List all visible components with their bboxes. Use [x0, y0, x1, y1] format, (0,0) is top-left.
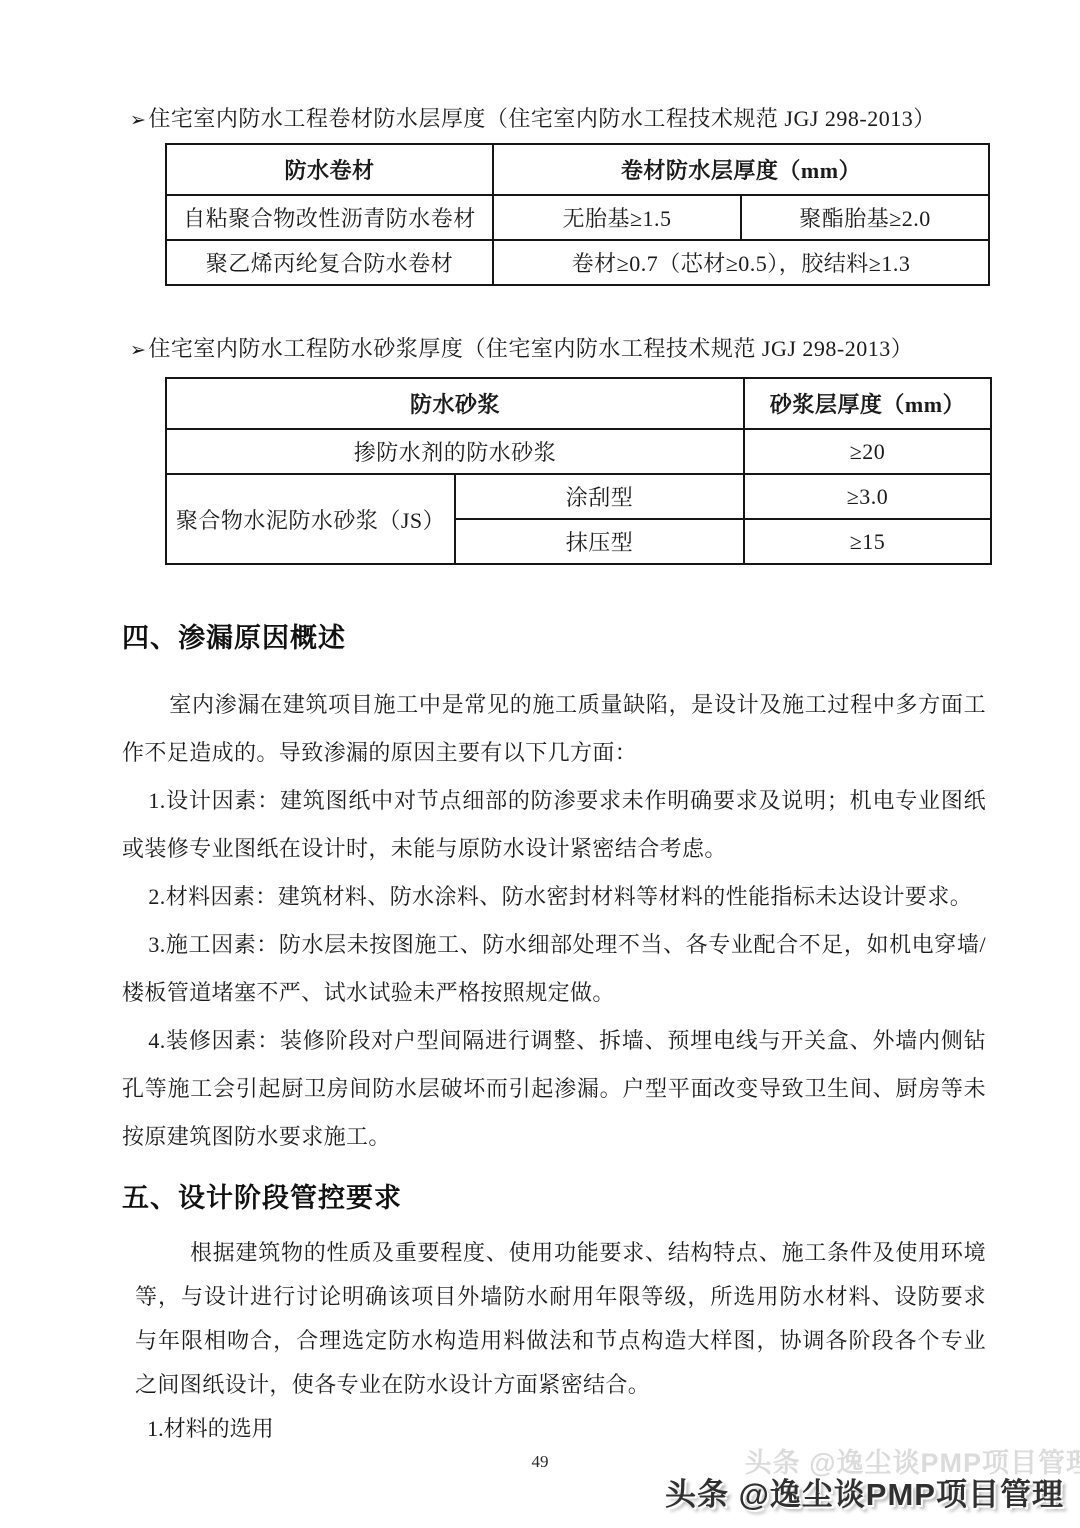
table-header-cell: 砂浆层厚度（mm）	[744, 378, 991, 429]
membrane-table: 防水卷材 卷材防水层厚度（mm） 自粘聚合物改性沥青防水卷材 无胎基≥1.5 聚…	[165, 143, 990, 286]
table-cell: 聚乙烯丙纶复合防水卷材	[166, 240, 493, 285]
table-cell: 卷材≥0.7（芯材≥0.5），胶结料≥1.3	[493, 240, 989, 285]
table-row: 防水卷材 卷材防水层厚度（mm）	[166, 144, 989, 195]
table-header-cell: 卷材防水层厚度（mm）	[493, 144, 989, 195]
table-row: 聚乙烯丙纶复合防水卷材 卷材≥0.7（芯材≥0.5），胶结料≥1.3	[166, 240, 989, 285]
watermark: 头条 @逸尘谈PMP项目管理	[665, 1469, 1064, 1514]
table-header-cell: 防水卷材	[166, 144, 493, 195]
section-5-body: 根据建筑物的性质及重要程度、使用功能要求、结构特点、施工条件及使用环境等，与设计…	[135, 1231, 986, 1451]
section-5-heading: 五、设计阶段管控要求	[122, 1179, 988, 1217]
mortar-heading-text: 住宅室内防水工程防水砂浆厚度（住宅室内防水工程技术规范 JGJ 298-2013…	[148, 336, 913, 361]
list-item-material-factor: 2.材料因素：建筑材料、防水涂料、防水密封材料等材料的性能指标未达设计要求。	[122, 873, 986, 921]
list-item-decoration-factor: 4.装修因素：装修阶段对户型间隔进行调整、拆墙、预埋电线与开关盒、外墙内侧钻孔等…	[122, 1017, 986, 1161]
table-row: 防水砂浆 砂浆层厚度（mm）	[166, 378, 991, 429]
section-5-paragraph: 根据建筑物的性质及重要程度、使用功能要求、结构特点、施工条件及使用环境等，与设计…	[135, 1231, 986, 1407]
page-content: ➢住宅室内防水工程卷材防水层厚度（住宅室内防水工程技术规范 JGJ 298-20…	[122, 102, 988, 1451]
table-cell: ≥15	[744, 519, 991, 564]
arrow-bullet-icon: ➢	[130, 109, 146, 131]
table-cell: 自粘聚合物改性沥青防水卷材	[166, 195, 493, 240]
table-cell: 掺防水剂的防水砂浆	[166, 429, 744, 474]
table-header-cell: 防水砂浆	[166, 378, 744, 429]
mortar-table: 防水砂浆 砂浆层厚度（mm） 掺防水剂的防水砂浆 ≥20 聚合物水泥防水砂浆（J…	[165, 377, 992, 565]
table-cell: ≥3.0	[744, 474, 991, 519]
table-cell: 涂刮型	[455, 474, 744, 519]
table-cell: 聚酯胎基≥2.0	[741, 195, 989, 240]
table-row: 掺防水剂的防水砂浆 ≥20	[166, 429, 991, 474]
table-row: 自粘聚合物改性沥青防水卷材 无胎基≥1.5 聚酯胎基≥2.0	[166, 195, 989, 240]
arrow-bullet-icon: ➢	[130, 339, 146, 361]
mortar-table-heading: ➢住宅室内防水工程防水砂浆厚度（住宅室内防水工程技术规范 JGJ 298-201…	[130, 332, 988, 367]
table-cell: 聚合物水泥防水砂浆（JS）	[166, 474, 455, 564]
table-row: 聚合物水泥防水砂浆（JS） 涂刮型 ≥3.0	[166, 474, 991, 519]
list-item-design-factor: 1.设计因素：建筑图纸中对节点细部的防渗要求未作明确要求及说明；机电专业图纸或装…	[122, 777, 986, 873]
section-4-heading: 四、渗漏原因概述	[122, 619, 988, 657]
section-4-intro: 室内渗漏在建筑项目施工中是常见的施工质量缺陷，是设计及施工过程中多方面工作不足造…	[122, 681, 986, 777]
table-cell: ≥20	[744, 429, 991, 474]
table-cell: 无胎基≥1.5	[493, 195, 741, 240]
list-item-construction-factor: 3.施工因素：防水层未按图施工、防水细部处理不当、各专业配合不足，如机电穿墙/楼…	[122, 921, 986, 1017]
membrane-heading-text: 住宅室内防水工程卷材防水层厚度（住宅室内防水工程技术规范 JGJ 298-201…	[148, 106, 935, 131]
membrane-table-heading: ➢住宅室内防水工程卷材防水层厚度（住宅室内防水工程技术规范 JGJ 298-20…	[130, 102, 988, 137]
document-page: ➢住宅室内防水工程卷材防水层厚度（住宅室内防水工程技术规范 JGJ 298-20…	[0, 0, 1080, 1528]
table-cell: 抹压型	[455, 519, 744, 564]
